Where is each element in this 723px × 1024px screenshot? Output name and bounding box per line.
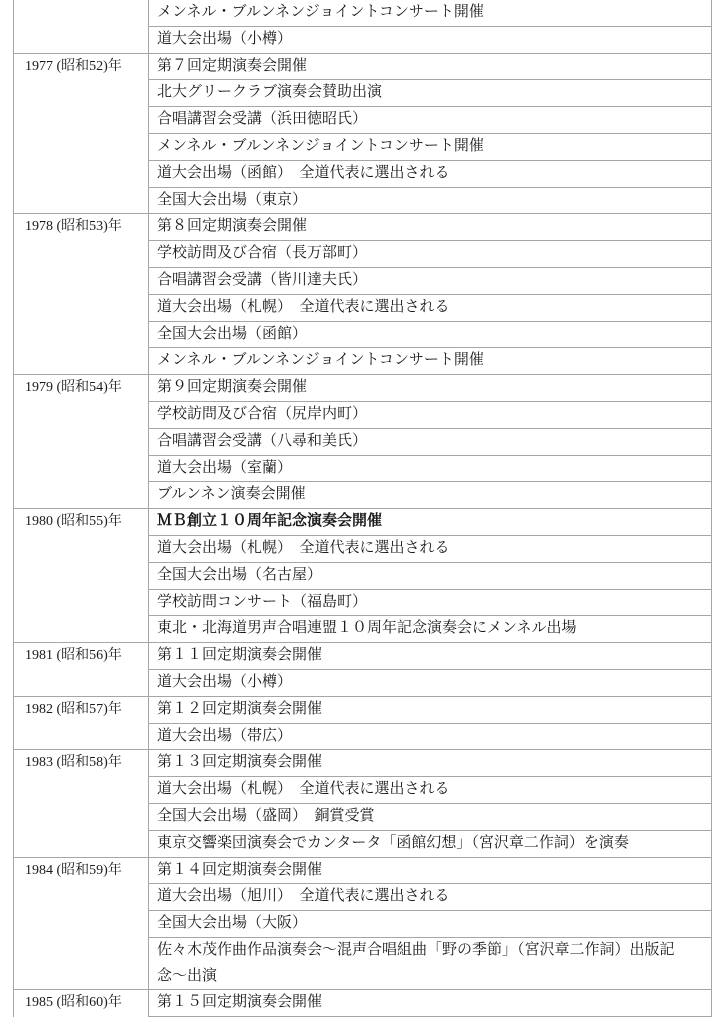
page: メンネル・ブルンネンジョイントコンサート開催道大会出場（小樽）1977 (昭和5… [0, 0, 723, 1024]
event-cell: 第１４回定期演奏会開催 [149, 857, 712, 884]
year-cell [14, 0, 149, 53]
event-cell: 北大グリークラブ演奏会賛助出演 [149, 80, 712, 107]
year-cell: 1983 (昭和58)年 [14, 750, 149, 857]
event-cell: 第１５回定期演奏会開催 [149, 990, 712, 1017]
event-cell: 道大会出場（帯広） [149, 723, 712, 750]
year-cell: 1985 (昭和60)年 [14, 990, 149, 1017]
event-cell: 道大会出場（旭川） 全道代表に選出される [149, 884, 712, 911]
year-cell: 1981 (昭和56)年 [14, 643, 149, 697]
year-cell: 1984 (昭和59)年 [14, 857, 149, 990]
event-cell: 学校訪問及び合宿（尻岸内町） [149, 401, 712, 428]
event-cell: 合唱講習会受講（浜田徳昭氏） [149, 107, 712, 134]
event-cell: 佐々木茂作曲作品演奏会〜混声合唱組曲「野の季節」（宮沢章二作詞）出版記念〜出演 [149, 937, 712, 990]
year-group-row: 1985 (昭和60)年第１５回定期演奏会開催 [14, 990, 712, 1017]
event-cell: 道大会出場（小樽） [149, 26, 712, 53]
year-group-row: 1982 (昭和57)年第１２回定期演奏会開催 [14, 696, 712, 723]
event-cell: 道大会出場（札幌） 全道代表に選出される [149, 777, 712, 804]
year-group-row: 1981 (昭和56)年第１１回定期演奏会開催 [14, 643, 712, 670]
event-cell: 全国大会出場（盛岡） 銅賞受賞 [149, 803, 712, 830]
event-cell: 第８回定期演奏会開催 [149, 214, 712, 241]
event-cell: 学校訪問コンサート（福島町） [149, 589, 712, 616]
year-cell: 1980 (昭和55)年 [14, 509, 149, 643]
event-cell: ブルンネン演奏会開催 [149, 482, 712, 509]
event-cell: 道大会出場（札幌） 全道代表に選出される [149, 294, 712, 321]
year-cell: 1977 (昭和52)年 [14, 53, 149, 214]
event-cell: 第７回定期演奏会開催 [149, 53, 712, 80]
year-group-row: 1983 (昭和58)年第１３回定期演奏会開催 [14, 750, 712, 777]
event-cell: 第９回定期演奏会開催 [149, 375, 712, 402]
year-group-row: 1980 (昭和55)年ＭＢ創立１０周年記念演奏会開催 [14, 509, 712, 536]
event-cell: 道大会出場（函館） 全道代表に選出される [149, 160, 712, 187]
event-cell: 第１２回定期演奏会開催 [149, 696, 712, 723]
event-cell: メンネル・ブルンネンジョイントコンサート開催 [149, 133, 712, 160]
history-table-body: メンネル・ブルンネンジョイントコンサート開催道大会出場（小樽）1977 (昭和5… [14, 0, 712, 1017]
year-cell: 1979 (昭和54)年 [14, 375, 149, 509]
year-group-row: メンネル・ブルンネンジョイントコンサート開催 [14, 0, 712, 26]
history-table: メンネル・ブルンネンジョイントコンサート開催道大会出場（小樽）1977 (昭和5… [13, 0, 712, 1017]
event-cell: メンネル・ブルンネンジョイントコンサート開催 [149, 348, 712, 375]
event-cell: 道大会出場（小樽） [149, 669, 712, 696]
year-group-row: 1979 (昭和54)年第９回定期演奏会開催 [14, 375, 712, 402]
year-cell: 1982 (昭和57)年 [14, 696, 149, 750]
event-cell: ＭＢ創立１０周年記念演奏会開催 [149, 509, 712, 536]
event-cell: メンネル・ブルンネンジョイントコンサート開催 [149, 0, 712, 26]
event-cell: 全国大会出場（東京） [149, 187, 712, 214]
event-cell: 学校訪問及び合宿（長万部町） [149, 241, 712, 268]
event-cell: 全国大会出場（函館） [149, 321, 712, 348]
event-cell: 道大会出場（札幌） 全道代表に選出される [149, 535, 712, 562]
event-cell: 合唱講習会受講（皆川達夫氏） [149, 267, 712, 294]
event-cell: 合唱講習会受講（八尋和美氏） [149, 428, 712, 455]
event-cell: 東京交響楽団演奏会でカンタータ「函館幻想」（宮沢章二作詞）を演奏 [149, 830, 712, 857]
event-cell: 道大会出場（室蘭） [149, 455, 712, 482]
event-cell: 第１１回定期演奏会開催 [149, 643, 712, 670]
year-group-row: 1978 (昭和53)年第８回定期演奏会開催 [14, 214, 712, 241]
event-cell: 第１３回定期演奏会開催 [149, 750, 712, 777]
event-cell: 全国大会出場（名古屋） [149, 562, 712, 589]
year-group-row: 1977 (昭和52)年第７回定期演奏会開催 [14, 53, 712, 80]
year-group-row: 1984 (昭和59)年第１４回定期演奏会開催 [14, 857, 712, 884]
event-cell: 全国大会出場（大阪） [149, 911, 712, 938]
year-cell: 1978 (昭和53)年 [14, 214, 149, 375]
event-cell: 東北・北海道男声合唱連盟１０周年記念演奏会にメンネル出場 [149, 616, 712, 643]
